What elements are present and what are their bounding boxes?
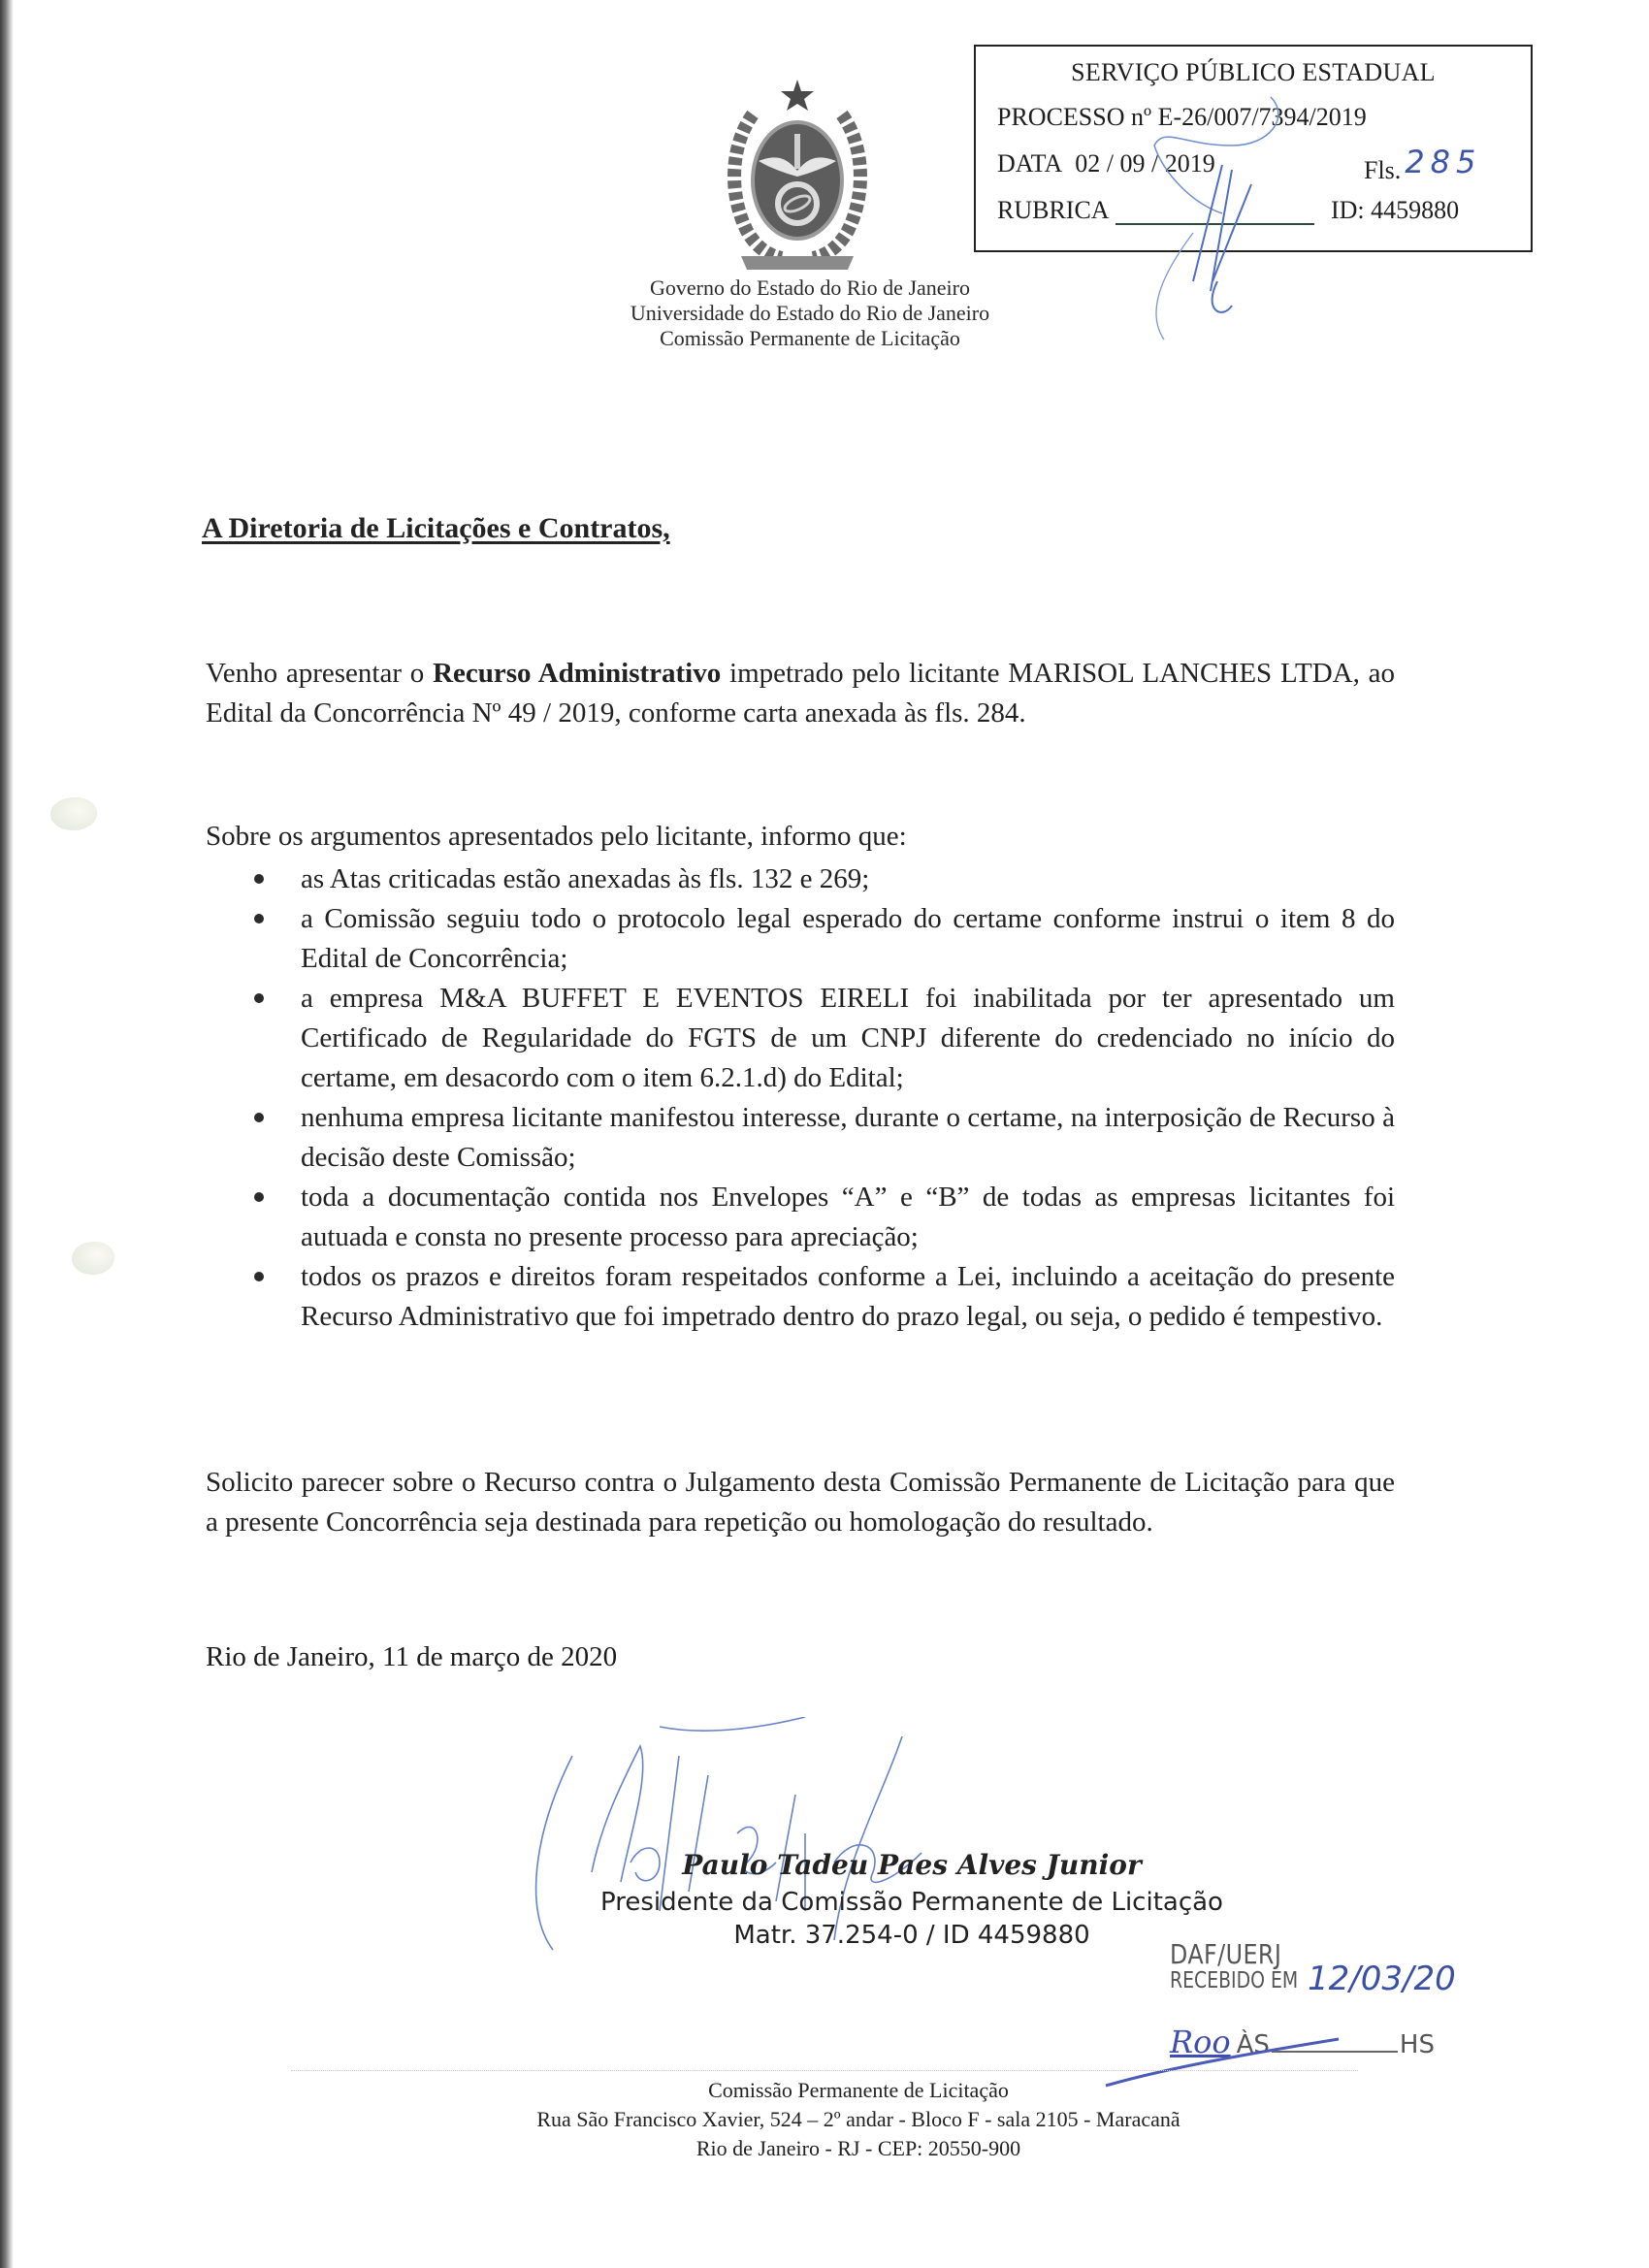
list-item: todos os prazos e direitos foram respeit…	[206, 1257, 1395, 1337]
stamp-folha: Fls.285	[1364, 149, 1481, 186]
fls-label: Fls.	[1364, 156, 1401, 184]
id-value: 4459880	[1371, 196, 1459, 224]
intro-text-start: Venho apresentar o	[206, 658, 433, 689]
received-stamp: DAF/UERJ RECEBIDO EM 12/03/20 RooÀSHS	[1170, 1938, 1326, 1993]
signer-name: Paulo Tadeu Paes Alves Junior	[0, 1849, 1649, 1881]
list-item: a empresa M&A BUFFET E EVENTOS EIRELI fo…	[206, 979, 1395, 1098]
footer-line-commission: Comissão Permanente de Licitação	[68, 2076, 1649, 2105]
data-label: DATA	[997, 149, 1062, 178]
received-stamp-label: RECEBIDO EM	[1170, 1968, 1298, 1993]
list-item: nenhuma empresa licitante manifestou int…	[206, 1098, 1395, 1178]
footer-address: Comissão Permanente de Licitação Rua São…	[0, 2076, 1649, 2163]
salutation: A Diretoria de Licitações e Contratos,	[202, 512, 670, 545]
coat-of-arms-icon	[714, 76, 881, 275]
list-item: as Atas criticadas estão anexadas às fls…	[206, 859, 1395, 899]
footer-line-street: Rua São Francisco Xavier, 524 – 2º andar…	[68, 2105, 1649, 2134]
punch-hole	[72, 1242, 114, 1275]
argument-list: as Atas criticadas estão anexadas às fls…	[206, 859, 1395, 1337]
fls-handwritten-number: 285	[1405, 144, 1481, 180]
intro-paragraph: Venho apresentar o Recurso Administrativ…	[206, 654, 1395, 733]
stamp-id: ID: 4459880	[1331, 196, 1459, 225]
issuer-line-university: Universidade do Estado do Rio de Janeiro	[485, 301, 1135, 326]
list-item: a Comissão seguiu todo o protocolo legal…	[206, 899, 1395, 979]
stamp-title: SERVIÇO PÚBLICO ESTADUAL	[976, 58, 1531, 87]
issuer-line-commission: Comissão Permanente de Licitação	[485, 326, 1135, 351]
rubrica-scribble-icon	[1125, 87, 1319, 349]
lead-in-sentence: Sobre os argumentos apresentados pelo li…	[206, 817, 1395, 857]
intro-bold-term: Recurso Administrativo	[433, 658, 721, 689]
issuer-line-government: Governo do Estado do Rio de Janeiro	[485, 275, 1135, 301]
hs-label: HS	[1400, 2030, 1435, 2059]
signer-registration: Matr. 37.254-0 / ID 4459880	[0, 1921, 1649, 1950]
place-and-date: Rio de Janeiro, 11 de março de 2020	[206, 1641, 617, 1673]
punch-hole	[50, 797, 97, 830]
id-label: ID:	[1331, 196, 1365, 224]
rubrica-label: RUBRICA	[997, 196, 1110, 224]
issuer-header: Governo do Estado do Rio de Janeiro Univ…	[485, 275, 1135, 351]
list-item: toda a documentação contida nos Envelope…	[206, 1178, 1395, 1257]
received-date-handwritten: 12/03/20	[1308, 1960, 1456, 1998]
received-stamp-dept: DAF/UERJ	[1170, 1938, 1303, 1970]
signer-role: Presidente da Comissão Permanente de Lic…	[0, 1888, 1649, 1917]
footer-divider	[291, 2070, 1358, 2071]
request-paragraph: Solicito parecer sobre o Recurso contra …	[206, 1463, 1395, 1542]
footer-line-city: Rio de Janeiro - RJ - CEP: 20550-900	[68, 2134, 1649, 2163]
